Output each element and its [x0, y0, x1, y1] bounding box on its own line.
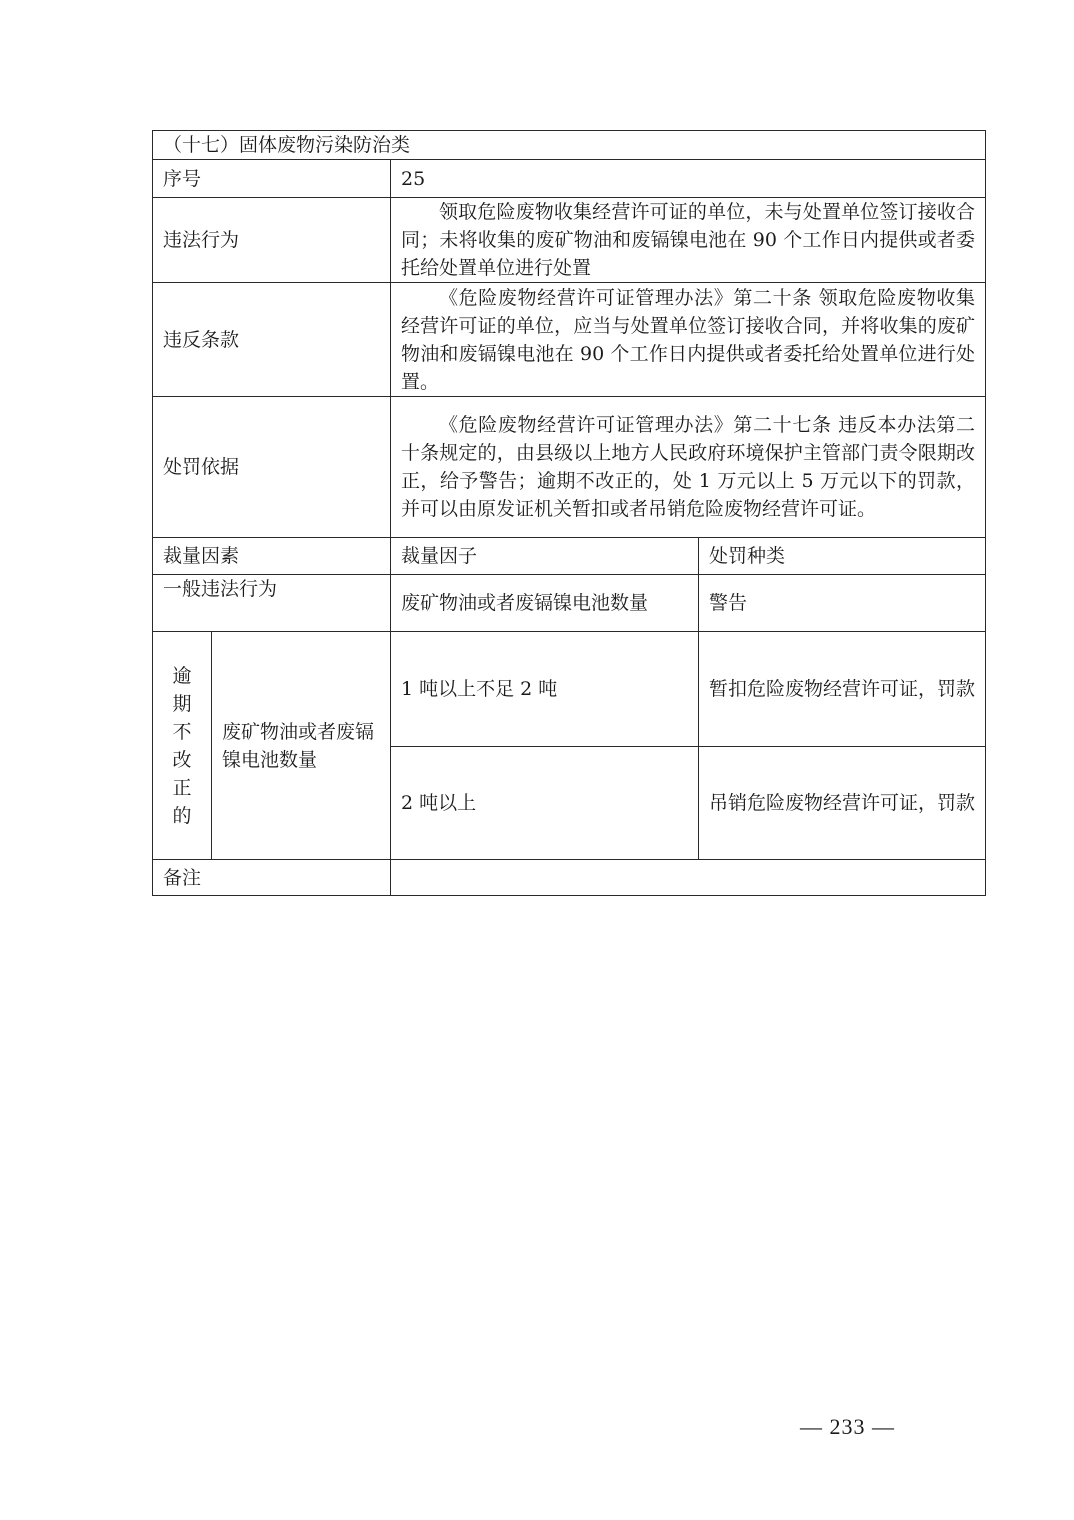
- remarks-label: 备注: [153, 860, 391, 896]
- penalty-basis-value: 《危险废物经营许可证管理办法》第二十七条 违反本办法第二十条规定的，由县级以上地…: [391, 397, 986, 538]
- penalty-discretion-table: （十七）固体废物污染防治类 序号 25 违法行为 领取危险废物收集经营许可证的单…: [152, 130, 986, 896]
- overdue-level-1-condition: 1 吨以上不足 2 吨: [391, 632, 699, 747]
- overdue-label: 逾 期 不 改 正 的: [153, 632, 212, 860]
- article-violated-value: 《危险废物经营许可证管理办法》第二十条 领取危险废物收集经营许可证的单位，应当与…: [391, 283, 986, 397]
- overdue-factor: 废矿物油或者废镉镍电池数量: [212, 632, 391, 860]
- header-factor-type: 裁量因素: [153, 538, 391, 575]
- general-violation-label: 一般违法行为: [153, 575, 391, 632]
- header-penalty-type: 处罚种类: [699, 538, 986, 575]
- violation-label: 违法行为: [153, 198, 391, 283]
- overdue-level-1-penalty: 暂扣危险废物经营许可证，罚款: [699, 632, 986, 747]
- serial-label: 序号: [153, 160, 391, 198]
- section-title: （十七）固体废物污染防治类: [153, 131, 986, 160]
- page-number: — 233 —: [800, 1414, 895, 1440]
- penalty-basis-label: 处罚依据: [153, 397, 391, 538]
- remarks-value: [391, 860, 986, 896]
- article-violated-label: 违反条款: [153, 283, 391, 397]
- violation-value: 领取危险废物收集经营许可证的单位，未与处置单位签订接收合同；未将收集的废矿物油和…: [391, 198, 986, 283]
- serial-value: 25: [391, 160, 986, 198]
- overdue-level-2-condition: 2 吨以上: [391, 747, 699, 860]
- general-penalty: 警告: [699, 575, 986, 632]
- overdue-level-2-penalty: 吊销危险废物经营许可证，罚款: [699, 747, 986, 860]
- header-factor: 裁量因子: [391, 538, 699, 575]
- general-factor: 废矿物油或者废镉镍电池数量: [391, 575, 699, 632]
